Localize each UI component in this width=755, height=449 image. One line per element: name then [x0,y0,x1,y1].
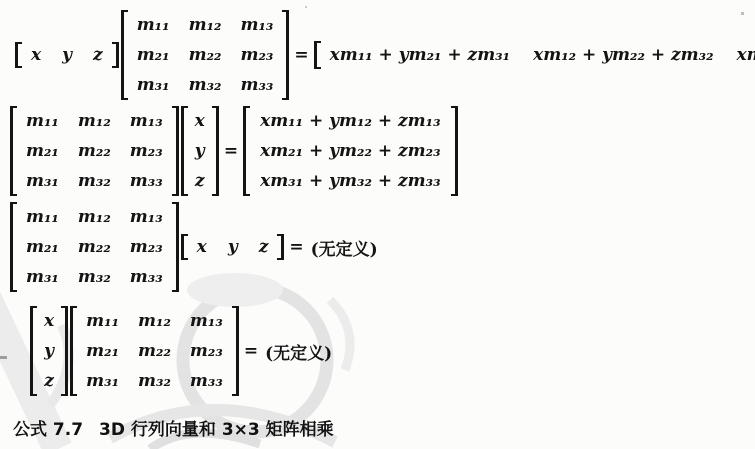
matrix-3x3: m₁₁ m₁₂ m₁₃ m₂₁ m₂₂ m₂₃ m₃₁ m₃₂ m₃₃ [121,10,290,100]
vector-component: z [195,171,205,191]
matrix-entry: m₁₂ [78,207,111,227]
matrix-3x3: m₁₁ m₁₂ m₁₃ m₂₁ m₂₂ m₂₃ m₃₁ m₃₂ m₃₃ [10,106,179,196]
right-bracket-icon [451,106,458,196]
left-bracket-icon [10,202,17,292]
caption-label: 公式 7.7 [13,415,83,440]
left-bracket-icon [181,106,188,196]
vector-component: x [197,237,207,257]
equation-column-vector-times-matrix: x y z m₁₁ m₁₂ m₁₃ m₂₁ m₂₂ m₂₃ m₃₁ m₃₂ m₃ [30,306,332,396]
right-bracket-icon [282,10,289,100]
vector-component: x [195,111,205,131]
vector-component: x [31,45,41,65]
left-bracket-icon [121,10,128,100]
undefined-result: (无定义) [265,339,332,364]
matrix-entry: m₃₃ [130,171,163,191]
matrix-entry: m₃₂ [78,171,111,191]
left-bracket-icon [181,234,188,260]
equals-sign: = [244,341,258,361]
matrix-entry: m₂₂ [78,141,111,161]
vector-component: y [44,341,54,361]
right-bracket-icon [277,234,284,260]
vector-component: x [44,311,54,331]
matrix-entry: m₂₂ [78,237,111,257]
expression: xm₁₂ + ym₂₂ + zm₃₂ [533,45,713,65]
right-bracket-icon [232,306,239,396]
matrix-entry: m₃₁ [26,171,59,191]
matrix-entry: m₃₁ [86,371,119,391]
vector-component: y [228,237,238,257]
row-vector: x y z [181,234,285,260]
matrix-entry: m₁₃ [130,111,163,131]
matrix-entry: m₃₂ [138,371,171,391]
left-bracket-icon [30,306,37,396]
vector-component: y [195,141,205,161]
matrix-entry: m₁₁ [137,15,170,35]
matrix-entry: m₂₃ [240,45,273,65]
equals-sign: = [294,45,308,65]
matrix-entry: m₂₂ [189,45,222,65]
undefined-result: (无定义) [311,235,378,260]
left-bracket-icon [243,106,250,196]
left-bracket-icon [70,306,77,396]
equals-sign: = [224,141,238,161]
right-bracket-icon [172,106,179,196]
left-bracket-icon [314,41,321,69]
matrix-entry: m₁₃ [240,15,273,35]
matrix-entry: m₂₂ [138,341,171,361]
matrix-entry: m₂₃ [190,341,223,361]
matrix-entry: m₂₁ [26,237,59,257]
left-bracket-icon [15,42,22,68]
equals-sign: = [289,237,303,257]
matrix-entry: m₁₃ [190,311,223,331]
scan-artifact-dash [0,356,7,359]
matrix-entry: m₁₂ [138,311,171,331]
matrix-entry: m₂₃ [130,141,163,161]
matrix-entry: m₃₂ [189,75,222,95]
expression: xm₁₁ + ym₂₁ + zm₃₁ [330,45,510,65]
caption-text: 3D 行列向量和 3×3 矩阵相乘 [99,415,334,440]
matrix-entry: m₃₁ [137,75,170,95]
equation-row-vector-times-matrix: x y z m₁₁ m₁₂ m₁₃ m₂₁ m₂₂ m₂₃ m₃₁ m₃₂ m₃ [15,10,755,100]
expression: xm₁₃ + ym₂₃ + zm₃₃ [737,45,755,65]
matrix-entry: m₃₂ [78,267,111,287]
matrix-entry: m₂₁ [86,341,119,361]
matrix-entry: m₁₁ [26,207,59,227]
row-vector: x y z [15,42,119,68]
matrix-entry: m₃₁ [26,267,59,287]
column-vector: x y z [30,306,68,396]
right-bracket-icon [172,202,179,292]
equation-matrix-times-column-vector: m₁₁ m₁₂ m₁₃ m₂₁ m₂₂ m₂₃ m₃₁ m₃₂ m₃₃ x y [10,106,458,196]
matrix-entry: m₁₁ [86,311,119,331]
matrix-entry: m₂₁ [137,45,170,65]
matrix-entry: m₃₃ [240,75,273,95]
vector-component: z [44,371,54,391]
expression: xm₂₁ + ym₂₂ + zm₂₃ [260,141,440,161]
result-row-vector: xm₁₁ + ym₂₁ + zm₃₁ xm₁₂ + ym₂₂ + zm₃₂ xm… [314,41,755,69]
expression: xm₃₁ + ym₃₂ + zm₃₃ [260,171,440,191]
matrix-entry: m₃₃ [130,267,163,287]
matrix-entry: m₁₃ [130,207,163,227]
right-bracket-icon [212,106,219,196]
matrix-entry: m₁₁ [26,111,59,131]
matrix-entry: m₁₂ [189,15,222,35]
matrix-entry: m₂₁ [26,141,59,161]
right-bracket-icon [61,306,68,396]
matrix-entry: m₁₂ [78,111,111,131]
vector-component: z [259,237,269,257]
vector-component: y [62,45,72,65]
right-bracket-icon [112,42,119,68]
matrix-3x3: m₁₁ m₁₂ m₁₃ m₂₁ m₂₂ m₂₃ m₃₁ m₃₂ m₃₃ [70,306,239,396]
book-page: x y z m₁₁ m₁₂ m₁₃ m₂₁ m₂₂ m₂₃ m₃₁ m₃₂ m₃ [0,0,755,449]
result-column-vector: xm₁₁ + ym₁₂ + zm₁₃ xm₂₁ + ym₂₂ + zm₂₃ xm… [243,106,457,196]
expression: xm₁₁ + ym₁₂ + zm₁₃ [260,111,440,131]
equation-matrix-times-row-vector: m₁₁ m₁₂ m₁₃ m₂₁ m₂₂ m₂₃ m₃₁ m₃₂ m₃₃ x y [10,202,378,292]
matrix-entry: m₂₃ [130,237,163,257]
vector-component: z [93,45,103,65]
left-bracket-icon [10,106,17,196]
column-vector: x y z [181,106,219,196]
matrix-entry: m₃₃ [190,371,223,391]
scan-speck [305,6,307,8]
formula-caption: 公式 7.7 3D 行列向量和 3×3 矩阵相乘 [13,415,334,440]
matrix-3x3: m₁₁ m₁₂ m₁₃ m₂₁ m₂₂ m₂₃ m₃₁ m₃₂ m₃₃ [10,202,179,292]
